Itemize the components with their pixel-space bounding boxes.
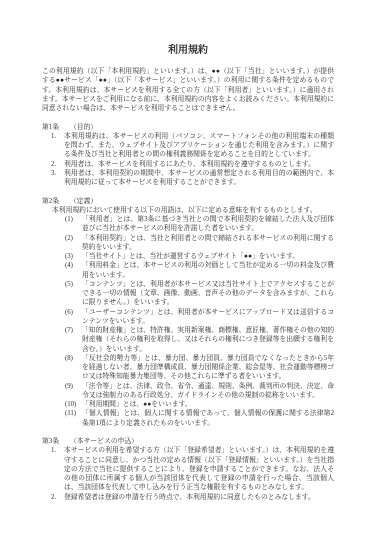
item-text: 「知的財産権」とは、特許権、実用新案権、商標権、意匠権、著作権その他の知的財産権… bbox=[82, 327, 334, 353]
list-item: 2. 利用者は、本サービスを利用するにあたり、本利用規約を遵守するものとします。 bbox=[42, 160, 334, 169]
item-marker: (9) bbox=[65, 382, 73, 391]
item-marker: 1. bbox=[51, 132, 56, 141]
item-marker: (1) bbox=[65, 215, 73, 224]
article-number: 第3条 bbox=[42, 437, 70, 446]
item-marker: (7) bbox=[65, 326, 73, 335]
item-text: 本利用規約は、本サービスの利用（パソコン、スマートフォンその他の利用端末の種類を… bbox=[64, 133, 334, 159]
intro-paragraph: この利用規約（以下「本利用規約」といいます。）は、●●（以下「当社」といいます。… bbox=[42, 67, 334, 113]
item-marker: (11) bbox=[65, 409, 76, 418]
list-item: (7) 「知的財産権」とは、特許権、実用新案権、商標権、意匠権、著作権その他の知… bbox=[42, 326, 334, 354]
item-marker: 2. bbox=[51, 160, 56, 169]
article-definitions: 第2条 （定義） 本利用規約において使用する以下の用語は、以下に定める意味を有す… bbox=[42, 197, 334, 428]
article-header: 第1条 （目的） bbox=[42, 123, 334, 132]
item-text: 本サービスの利用を希望する方（以下「登録希望者」といいます。）は、本利用規約を遵… bbox=[64, 447, 334, 491]
item-text: 登録希望者は登録の申請を行う時点で、本利用規約に同意したものとみなします。 bbox=[64, 494, 315, 501]
article-lead-paragraph: 本利用規約において使用する以下の用語は、以下に定める意味を有するものとします。 bbox=[52, 206, 334, 215]
article-heading: （本サービスの申込） bbox=[70, 437, 138, 446]
item-text: 「個人情報」とは、個人に関する情報であって、個人情報の保護に関する法律第2条第1… bbox=[82, 410, 334, 426]
list-item: (5) 「コンテンツ」とは、利用者が本サービス又は当社サイト上でアクセスすること… bbox=[42, 280, 334, 308]
item-text: 「反社会的勢力等」とは、暴力団、暴力団員、暴力団員でなくなったときから5年を経過… bbox=[82, 355, 334, 381]
document-body: 利用規約 この利用規約（以下「本利用規約」といいます。）は、●●（以下「当社」と… bbox=[42, 44, 334, 502]
document-page: 利用規約 この利用規約（以下「本利用規約」といいます。）は、●●（以下「当社」と… bbox=[0, 0, 373, 535]
item-text: 利用者は、本サービスを利用するにあたり、本利用規約を遵守するものとします。 bbox=[64, 161, 315, 168]
list-item: (6) 「ユーザーコンテンツ」とは、利用者が本サービスにアップロード又は送信する… bbox=[42, 308, 334, 327]
item-marker: 2. bbox=[51, 493, 56, 502]
list-item: (11) 「個人情報」とは、個人に関する情報であって、個人情報の保護に関する法律… bbox=[42, 409, 334, 428]
list-item: 2. 登録希望者は登録の申請を行う時点で、本利用規約に同意したものとみなします。 bbox=[42, 493, 334, 502]
item-marker: (6) bbox=[65, 308, 73, 317]
article-number: 第1条 bbox=[42, 123, 70, 132]
document-title: 利用規約 bbox=[42, 44, 334, 58]
item-marker: 1. bbox=[51, 446, 56, 455]
article-heading: （定義） bbox=[70, 197, 97, 206]
item-marker: (8) bbox=[65, 354, 73, 363]
item-marker: 3. bbox=[51, 169, 56, 178]
item-marker: (2) bbox=[65, 234, 73, 243]
article-objective: 第1条 （目的） 1. 本利用規約は、本サービスの利用（パソコン、スマートフォン… bbox=[42, 123, 334, 188]
article-heading: （目的） bbox=[70, 123, 97, 132]
list-item: 1. 本利用規約は、本サービスの利用（パソコン、スマートフォンその他の利用端末の… bbox=[42, 132, 334, 160]
list-item: 1. 本サービスの利用を希望する方（以下「登録希望者」といいます。）は、本利用規… bbox=[42, 446, 334, 492]
item-marker: (10) bbox=[65, 400, 76, 409]
item-text: 「本利用契約」とは、当社と利用者との間で締結される本サービスの利用に関する契約を… bbox=[82, 235, 334, 251]
item-text: 「コンテンツ」とは、利用者が本サービス又は当社サイト上でアクセスすることができる… bbox=[82, 281, 334, 307]
list-item: (3) 「当社サイト」とは、当社が運営するウェブサイト「●●」をいいます。 bbox=[42, 252, 334, 261]
list-item: (8) 「反社会的勢力等」とは、暴力団、暴力団員、暴力団員でなくなったときから5… bbox=[42, 354, 334, 382]
item-marker: (4) bbox=[65, 261, 73, 270]
item-text: 利用者は、本利用契約の期間中、本サービスの通常想定される利用目的の範囲内で、本利… bbox=[64, 170, 334, 186]
item-text: 「利用料金」とは、本サービスの利用の対価として当社が定める一切の料金及び費用をい… bbox=[82, 262, 334, 278]
item-text: 「ユーザーコンテンツ」とは、利用者が本サービスにアップロード又は送信するコンテン… bbox=[82, 309, 334, 325]
list-item: (1) 「利用者」とは、第3条に基づき当社との間で本利用契約を締結した法人及び団… bbox=[42, 215, 334, 234]
item-text: 「利用期間」とは、●●をいいます。 bbox=[82, 401, 192, 408]
item-marker: (5) bbox=[65, 280, 73, 289]
item-marker: (3) bbox=[65, 252, 73, 261]
list-item: (9) 「法令等」とは、法律、政令、省令、通達、規則、条例、裁判所の判決、決定、… bbox=[42, 382, 334, 401]
list-item: (2) 「本利用契約」とは、当社と利用者との間で締結される本サービスの利用に関す… bbox=[42, 234, 334, 253]
item-text: 「利用者」とは、第3条に基づき当社との間で本利用契約を締結した法人及び団体並びに… bbox=[82, 216, 334, 232]
article-number: 第2条 bbox=[42, 197, 70, 206]
list-item: 3. 利用者は、本利用契約の期間中、本サービスの通常想定される利用目的の範囲内で… bbox=[42, 169, 334, 188]
item-text: 「当社サイト」とは、当社が運営するウェブサイト「●●」をいいます。 bbox=[82, 253, 299, 260]
list-item: (4) 「利用料金」とは、本サービスの利用の対価として当社が定める一切の料金及び… bbox=[42, 261, 334, 280]
article-application: 第3条 （本サービスの申込） 1. 本サービスの利用を希望する方（以下「登録希望… bbox=[42, 437, 334, 502]
article-header: 第2条 （定義） bbox=[42, 197, 334, 206]
article-header: 第3条 （本サービスの申込） bbox=[42, 437, 334, 446]
list-item: (10) 「利用期間」とは、●●をいいます。 bbox=[42, 400, 334, 409]
item-text: 「法令等」とは、法律、政令、省令、通達、規則、条例、裁判所の判決、決定、命令又は… bbox=[82, 383, 334, 399]
